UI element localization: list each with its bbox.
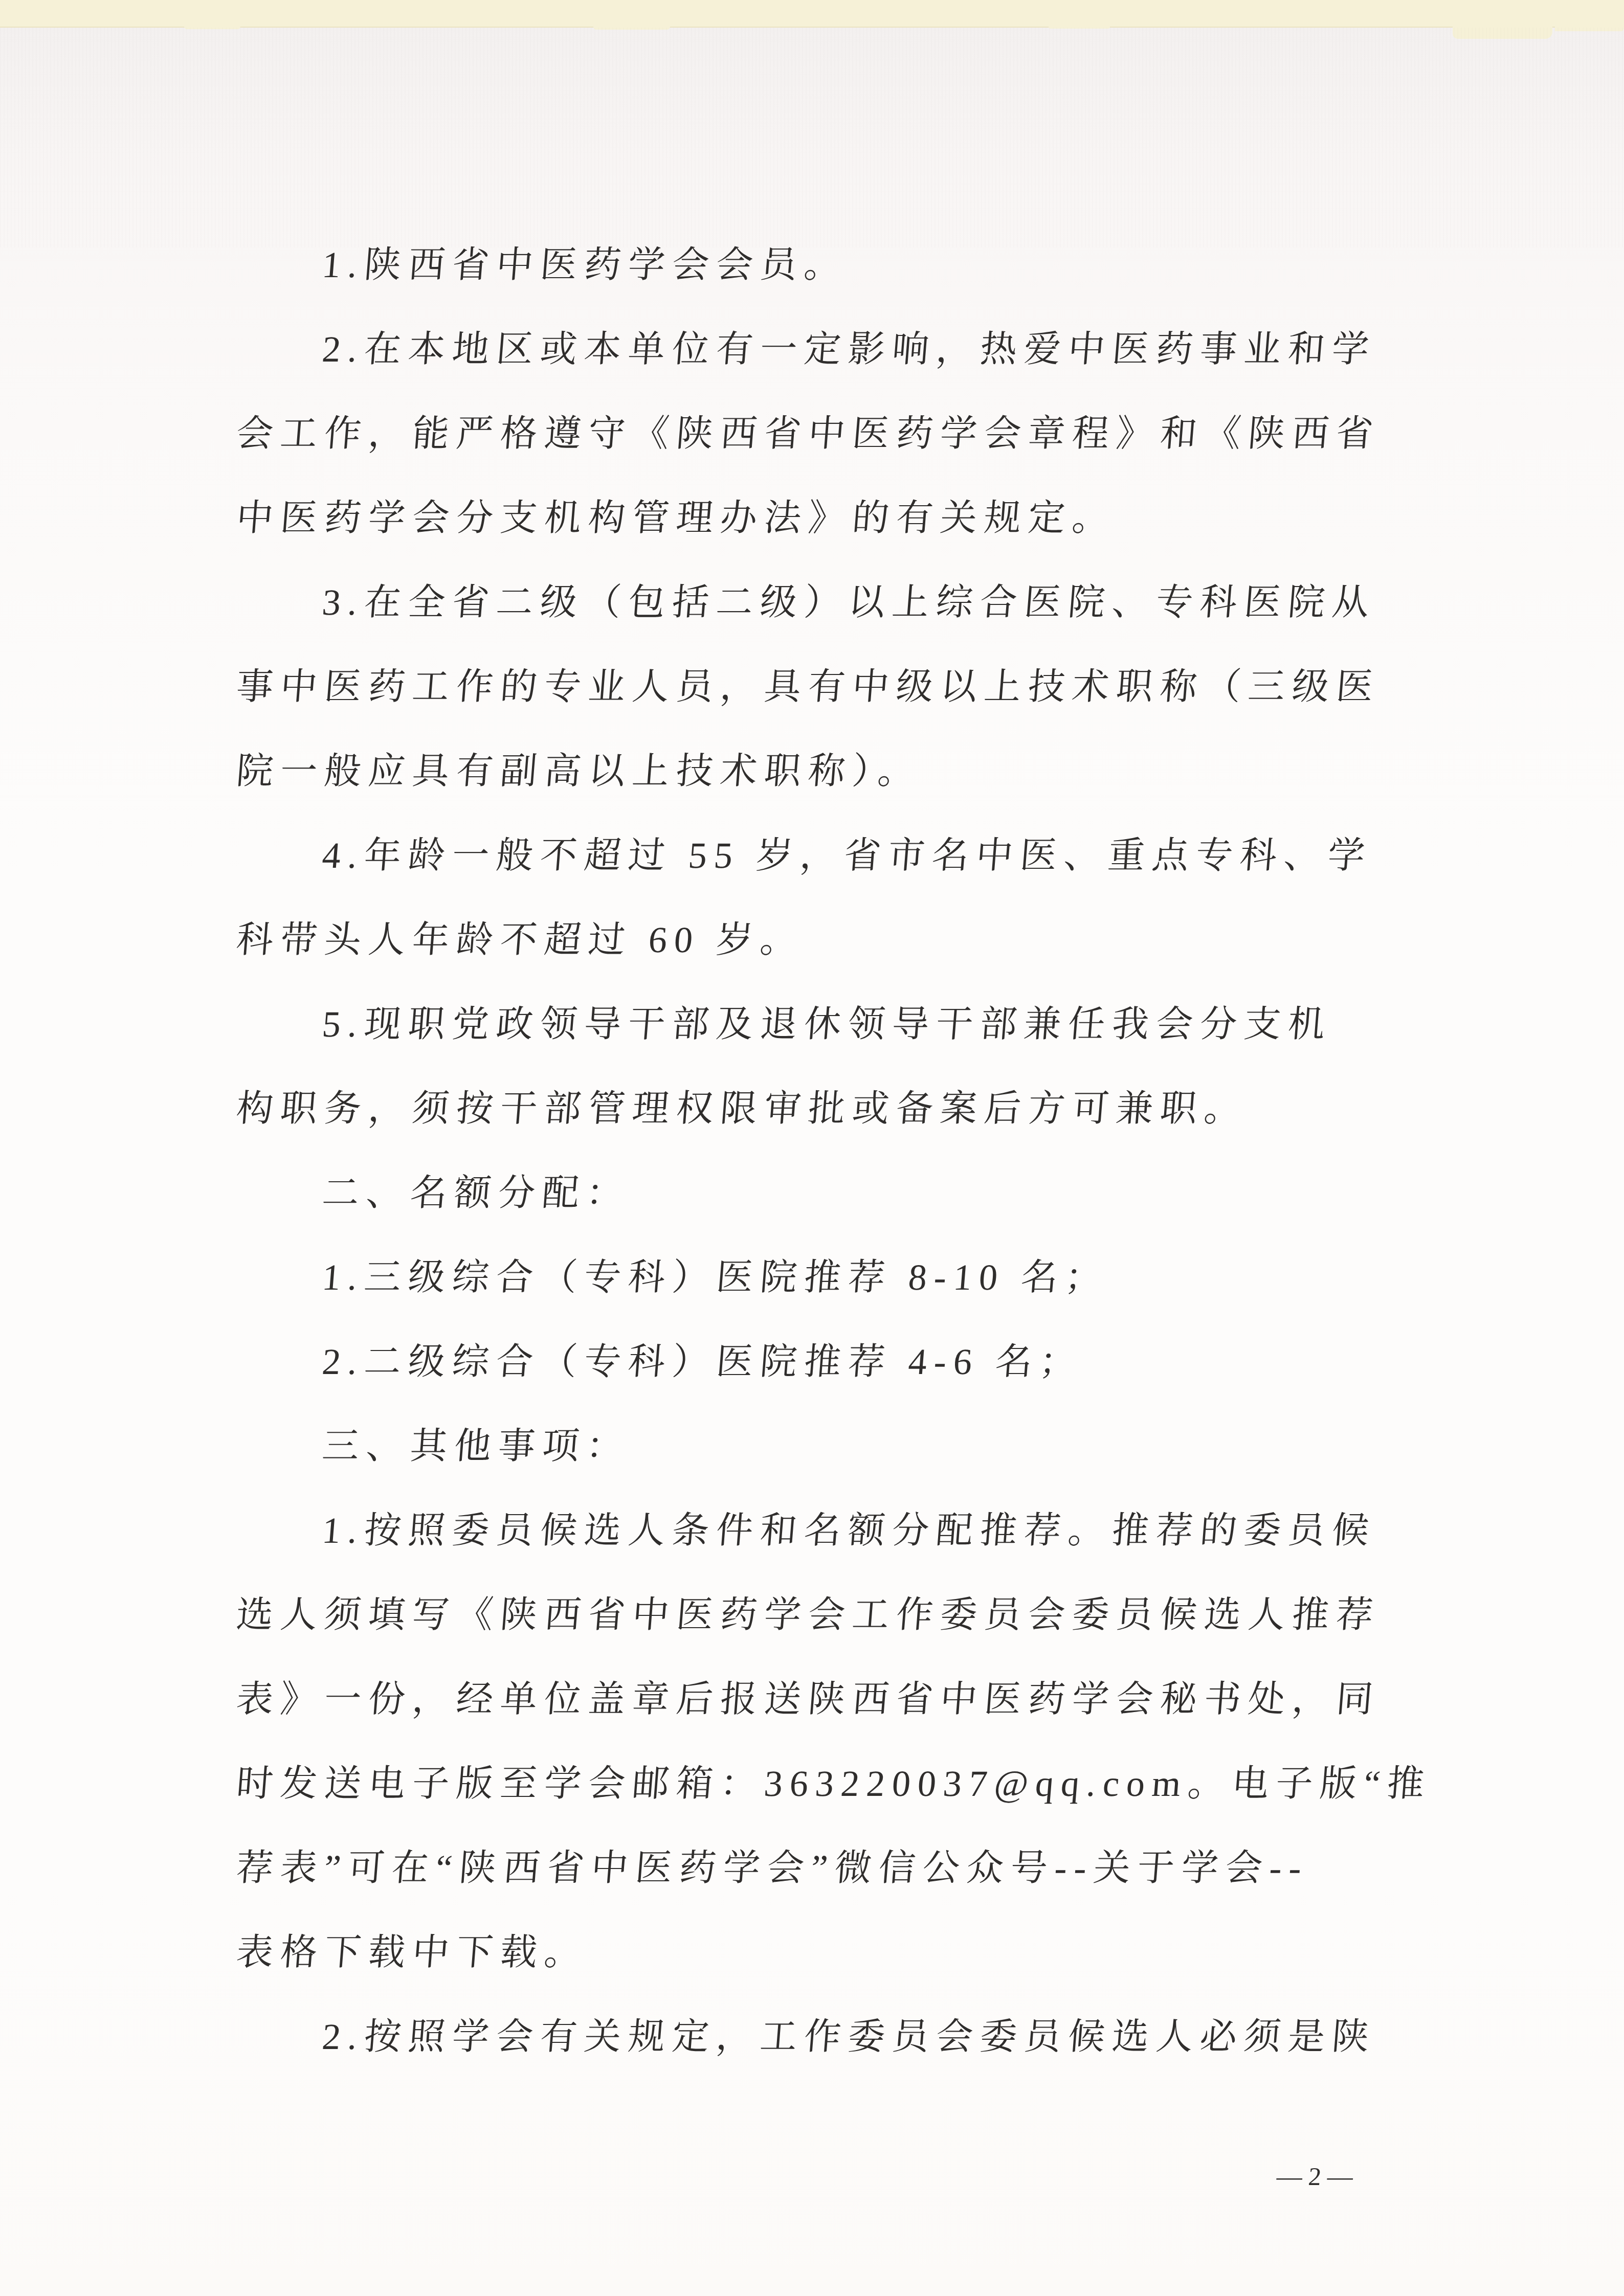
text-line: 选人须填写《陕西省中医药学会工作委员会委员候选人推荐 (233, 1573, 1398, 1657)
text-line: 会工作，能严格遵守《陕西省中医药学会章程》和《陕西省 (233, 392, 1398, 476)
text-line: 二、名额分配： (233, 1151, 1398, 1235)
text-line: 3.在全省二级（包括二级）以上综合医院、专科医院从 (233, 560, 1398, 645)
text-line: 2.按照学会有关规定，工作委员会委员候选人必须是陕 (233, 1995, 1398, 2079)
text-line: 2.二级综合（专科）医院推荐 4-6 名； (233, 1320, 1398, 1404)
text-line: 1.三级综合（专科）医院推荐 8-10 名； (233, 1235, 1398, 1320)
text-line: 表格下载中下载。 (233, 1910, 1398, 1995)
text-line: 院一般应具有副高以上技术职称）。 (233, 729, 1398, 814)
scanned-document-page: 1.陕西省中医药学会会员。2.在本地区或本单位有一定影响，热爱中医药事业和学会工… (0, 0, 1624, 2296)
text-line: 荐表”可在“陕西省中医药学会”微信公众号--关于学会-- (233, 1826, 1398, 1910)
text-line: 构职务，须按干部管理权限审批或备案后方可兼职。 (233, 1067, 1398, 1151)
text-line: 科带头人年龄不超过 60 岁。 (233, 898, 1398, 982)
scan-streak-texture (0, 28, 1624, 247)
text-line: 4.年龄一般不超过 55 岁，省市名中医、重点专科、学 (233, 814, 1398, 898)
text-line: 1.陕西省中医药学会会员。 (233, 223, 1398, 307)
text-line: 2.在本地区或本单位有一定影响，热爱中医药事业和学 (233, 307, 1398, 392)
text-line: 表》一份，经单位盖章后报送陕西省中医药学会秘书处，同 (233, 1657, 1398, 1742)
text-line: 5.现职党政领导干部及退休领导干部兼任我会分支机 (233, 982, 1398, 1067)
text-line: 事中医药工作的专业人员，具有中级以上技术职称（三级医 (233, 645, 1398, 729)
page-number: —2— (1276, 2162, 1360, 2191)
text-line: 中医药学会分支机构管理办法》的有关规定。 (233, 476, 1398, 560)
scan-top-edge-artifact (0, 0, 1624, 28)
text-line: 时发送电子版至学会邮箱：363220037@qq.com。电子版“推 (233, 1742, 1398, 1826)
document-body: 1.陕西省中医药学会会员。2.在本地区或本单位有一定影响，热爱中医药事业和学会工… (236, 223, 1395, 2079)
text-line: 1.按照委员候选人条件和名额分配推荐。推荐的委员候 (233, 1489, 1398, 1573)
text-line: 三、其他事项： (233, 1404, 1398, 1489)
